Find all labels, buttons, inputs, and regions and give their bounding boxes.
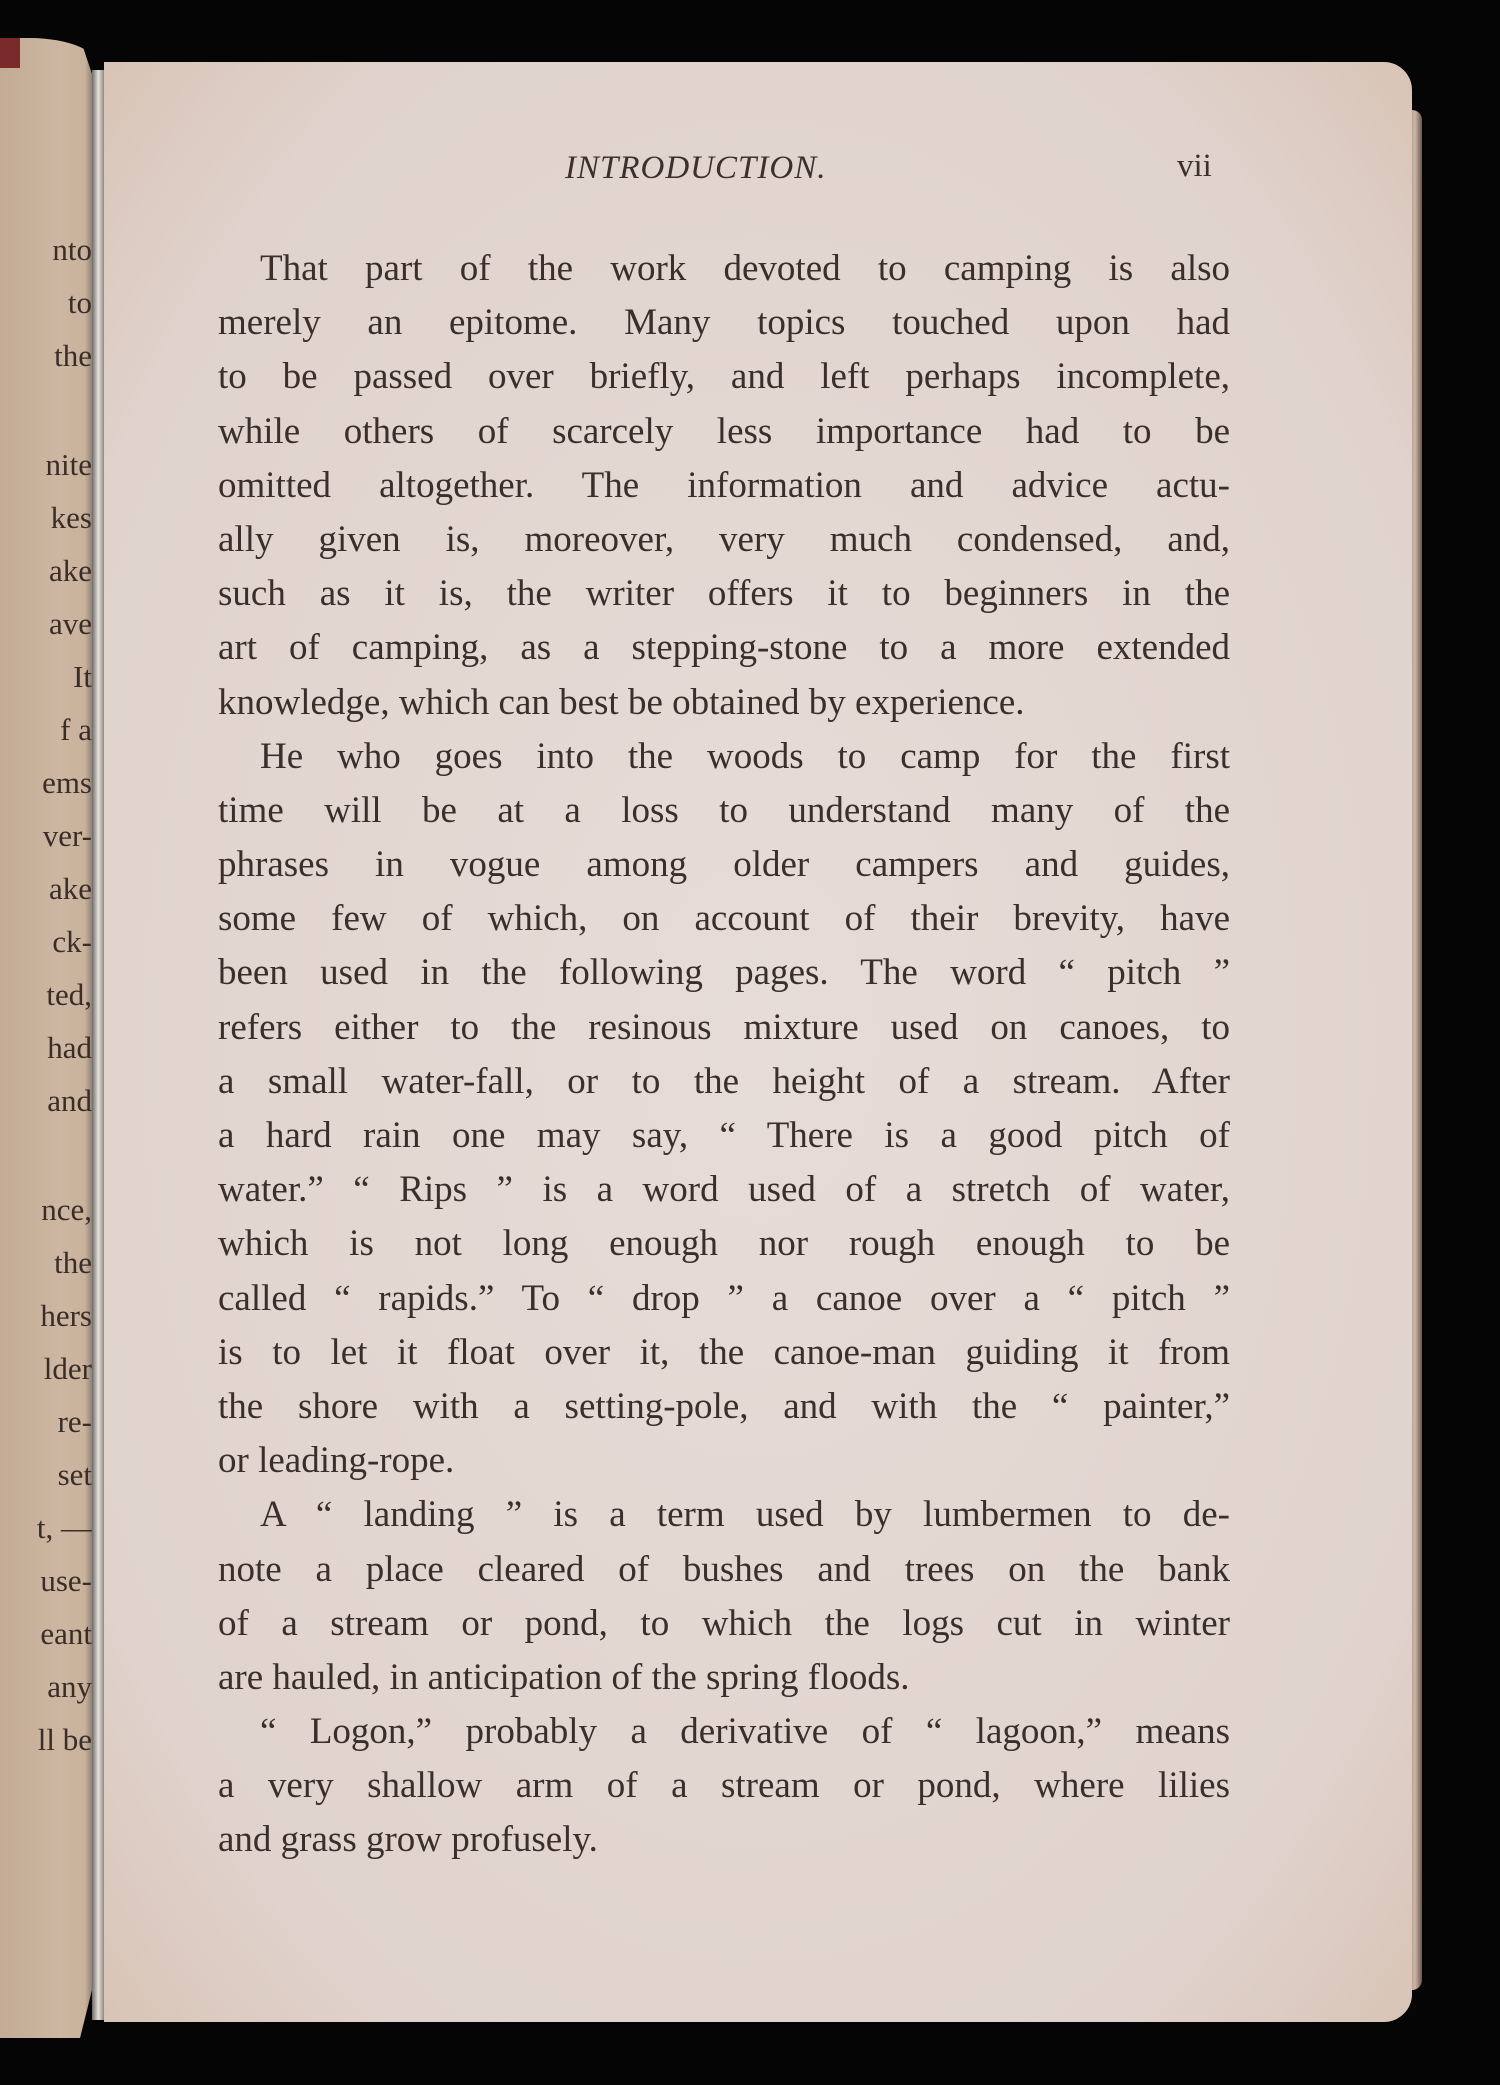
left-page-fragment: lder <box>44 1351 92 1387</box>
left-page-fragment: nite <box>46 447 93 483</box>
paragraph: That part of the work devoted to camping… <box>218 242 1230 730</box>
text-line: which is not long enough nor rough enoug… <box>218 1217 1230 1271</box>
paragraph: “ Logon,” probably a derivative of “ lag… <box>218 1705 1230 1868</box>
text-line: A “ landing ” is a term used by lumberme… <box>218 1488 1230 1542</box>
text-line: ally given is, moreover, very much conde… <box>218 513 1230 567</box>
text-line: “ Logon,” probably a derivative of “ lag… <box>218 1705 1230 1759</box>
text-line: omitted altogether. The information and … <box>218 459 1230 513</box>
left-page-fragment: ave <box>49 606 92 642</box>
left-page-fragment: kes <box>51 500 92 536</box>
left-page-fragment: eant <box>40 1616 92 1652</box>
text-line: or leading-rope. <box>218 1434 1230 1488</box>
left-page-fragment: nce, <box>41 1192 92 1228</box>
left-page-fragment: ake <box>49 553 92 589</box>
left-page-fragment: nto <box>52 232 92 268</box>
paragraph: A “ landing ” is a term used by lumberme… <box>218 1488 1230 1705</box>
text-line: a hard rain one may say, “ There is a go… <box>218 1109 1230 1163</box>
left-page-fragment: set <box>58 1457 92 1493</box>
left-page-fragment: and <box>47 1083 92 1119</box>
text-line: phrases in vogue among older campers and… <box>218 838 1230 892</box>
text-line: a small water-fall, or to the height of … <box>218 1055 1230 1109</box>
body-text: That part of the work devoted to camping… <box>218 242 1230 1868</box>
text-line: knowledge, which can best be obtained by… <box>218 676 1230 730</box>
left-page-fragment: ck- <box>52 924 92 960</box>
text-line: are hauled, in anticipation of the sprin… <box>218 1651 1230 1705</box>
text-line: to be passed over briefly, and left perh… <box>218 350 1230 404</box>
running-head: INTRODUCTION. <box>565 150 826 187</box>
text-line: a very shallow arm of a stream or pond, … <box>218 1759 1230 1813</box>
left-page-fragment: ems <box>42 765 92 801</box>
text-line: art of camping, as a stepping-stone to a… <box>218 621 1230 675</box>
left-page-fragment: hers <box>40 1298 92 1334</box>
book-cover-edge <box>0 38 20 68</box>
text-line: while others of scarcely less importance… <box>218 405 1230 459</box>
text-line: and grass grow profusely. <box>218 1813 1230 1867</box>
text-line: merely an epitome. Many topics touched u… <box>218 296 1230 350</box>
left-page-fragment: ll be <box>38 1722 92 1758</box>
text-line: water.” “ Rips ” is a word used of a str… <box>218 1163 1230 1217</box>
left-page-fragment: the <box>54 338 92 374</box>
text-line: is to let it float over it, the canoe-ma… <box>218 1326 1230 1380</box>
text-line: of a stream or pond, to which the logs c… <box>218 1597 1230 1651</box>
text-line: refers either to the resinous mixture us… <box>218 1001 1230 1055</box>
left-page-fragment: f a <box>60 712 92 748</box>
text-line: time will be at a loss to understand man… <box>218 784 1230 838</box>
text-line: He who goes into the woods to camp for t… <box>218 730 1230 784</box>
left-page-fragment: any <box>47 1669 92 1705</box>
text-line: called “ rapids.” To “ drop ” a canoe ov… <box>218 1272 1230 1326</box>
left-page-fragment: the <box>54 1245 92 1281</box>
text-line: note a place cleared of bushes and trees… <box>218 1543 1230 1597</box>
left-page-fragment: to <box>68 285 92 321</box>
text-line: some few of which, on account of their b… <box>218 892 1230 946</box>
left-page-fragment: had <box>47 1030 92 1066</box>
left-page-fragment: ver- <box>43 818 92 854</box>
left-page-fragment: t, — <box>37 1510 92 1546</box>
left-page-fragment: It <box>73 659 92 695</box>
text-line: such as it is, the writer offers it to b… <box>218 567 1230 621</box>
text-line: been used in the following pages. The wo… <box>218 946 1230 1000</box>
left-page-fragment: ake <box>49 871 92 907</box>
left-page-fragment: re- <box>58 1404 92 1440</box>
left-page-fragment: use- <box>40 1563 92 1599</box>
text-line: That part of the work devoted to camping… <box>218 242 1230 296</box>
paragraph: He who goes into the woods to camp for t… <box>218 730 1230 1489</box>
text-line: the shore with a setting-pole, and with … <box>218 1380 1230 1434</box>
page-number: vii <box>1177 148 1212 185</box>
left-page-fragment: ted, <box>46 977 92 1013</box>
